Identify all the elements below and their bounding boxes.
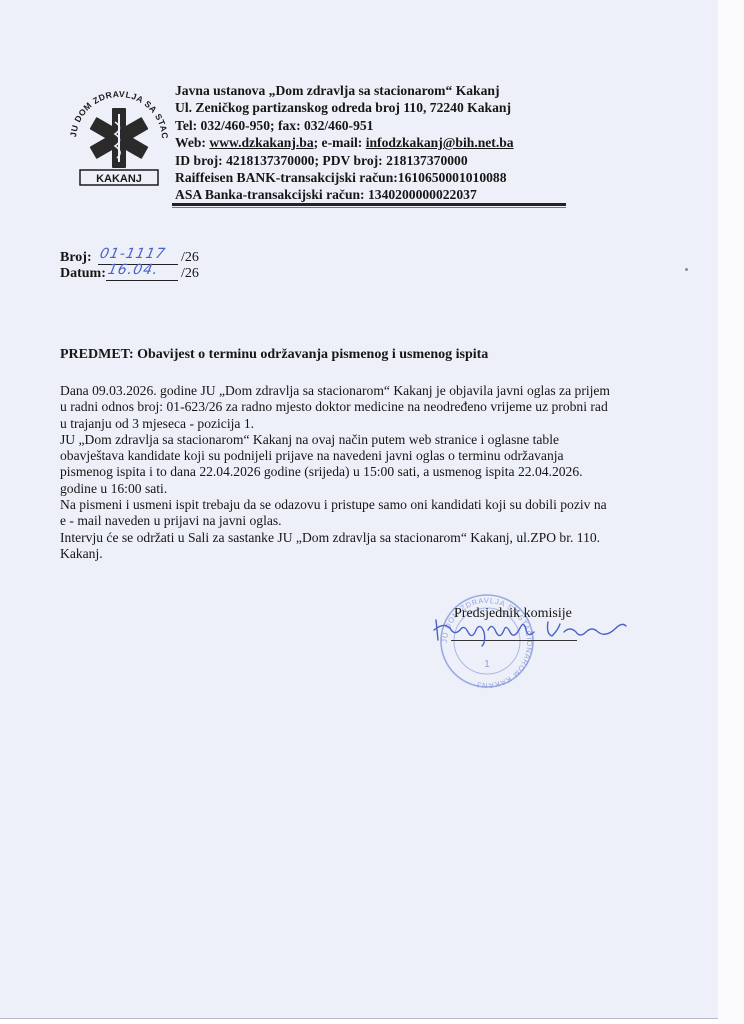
letterhead-divider xyxy=(172,203,566,206)
web-label: Web: xyxy=(175,135,209,150)
id-numbers: ID broj: 4218137370000; PDV broj: 218137… xyxy=(175,152,514,169)
scan-speck xyxy=(685,268,688,271)
bank-account-raiffeisen: Raiffeisen BANK-transakcijski račun:1610… xyxy=(175,169,514,186)
body-line: godine u 16:00 sati. xyxy=(60,481,690,497)
body-line: Kakanj. xyxy=(60,546,690,562)
date-suffix: /26 xyxy=(181,266,199,282)
body-line: u radni odnos broj: 01-623/26 za radno m… xyxy=(60,399,690,415)
body-line: Intervju će se održati u Sali za sastank… xyxy=(60,530,690,546)
number-suffix: /26 xyxy=(181,250,199,266)
svg-text:1: 1 xyxy=(484,659,490,670)
body-line: obavještava kandidate koji su podnijeli … xyxy=(60,448,690,464)
institution-name: Javna ustanova „Dom zdravlja sa staciona… xyxy=(175,82,514,99)
web-email-line: Web: www.dzkakanj.ba; e-mail: infodzkaka… xyxy=(175,134,514,151)
document-page: JU DOM ZDRAVLJA SA STACIONAROM KAKANJ Ja… xyxy=(0,0,718,1019)
date-label: Datum: xyxy=(60,266,106,282)
body-line: e - mail naveden u prijavi na javni ogla… xyxy=(60,513,690,529)
number-label: Broj: xyxy=(60,250,92,266)
institution-address: Ul. Zeničkog partizanskog odreda broj 11… xyxy=(175,99,514,116)
body-line: u trajanju od 3 mjeseca - pozicija 1. xyxy=(60,416,690,432)
notice-body: Dana 09.03.2026. godine JU „Dom zdravlja… xyxy=(60,383,690,562)
subject-heading: PREDMET: Obavijest o terminu održavanja … xyxy=(60,347,488,363)
email-label: ; e-mail: xyxy=(314,135,366,150)
scan-edge xyxy=(718,0,744,1024)
letterhead-divider-thin xyxy=(172,207,566,208)
handwritten-date: 16.04. xyxy=(106,262,160,278)
body-line: Na pismeni i usmeni ispit trebaju da se … xyxy=(60,497,690,513)
website-link[interactable]: www.dzkakanj.ba xyxy=(209,135,313,150)
body-line: Dana 09.03.2026. godine JU „Dom zdravlja… xyxy=(60,383,690,399)
handwritten-signature-icon xyxy=(430,612,630,648)
reference-date-row: Datum: 16.04. /26 xyxy=(60,266,106,282)
institution-phone: Tel: 032/460-950; fax: 032/460-951 xyxy=(175,117,514,134)
body-line: pismenog ispita i to dana 22.04.2026 god… xyxy=(60,464,690,480)
svg-text:KAKANJ: KAKANJ xyxy=(96,173,142,185)
handwritten-number: 01-1117 xyxy=(98,246,167,262)
body-line: JU „Dom zdravlja sa stacionarom“ Kakanj … xyxy=(60,432,690,448)
email-link[interactable]: infodzkakanj@bih.net.ba xyxy=(366,135,514,150)
letterhead: Javna ustanova „Dom zdravlja sa staciona… xyxy=(175,82,514,204)
institution-logo-icon: JU DOM ZDRAVLJA SA STACIONAROM KAKANJ xyxy=(62,78,176,190)
reference-block: Broj: 01-1117 /26 Datum: 16.04. /26 xyxy=(60,250,106,282)
bank-account-asa: ASA Banka-transakcijski račun: 134020000… xyxy=(175,186,514,203)
reference-number-row: Broj: 01-1117 /26 xyxy=(60,250,106,266)
